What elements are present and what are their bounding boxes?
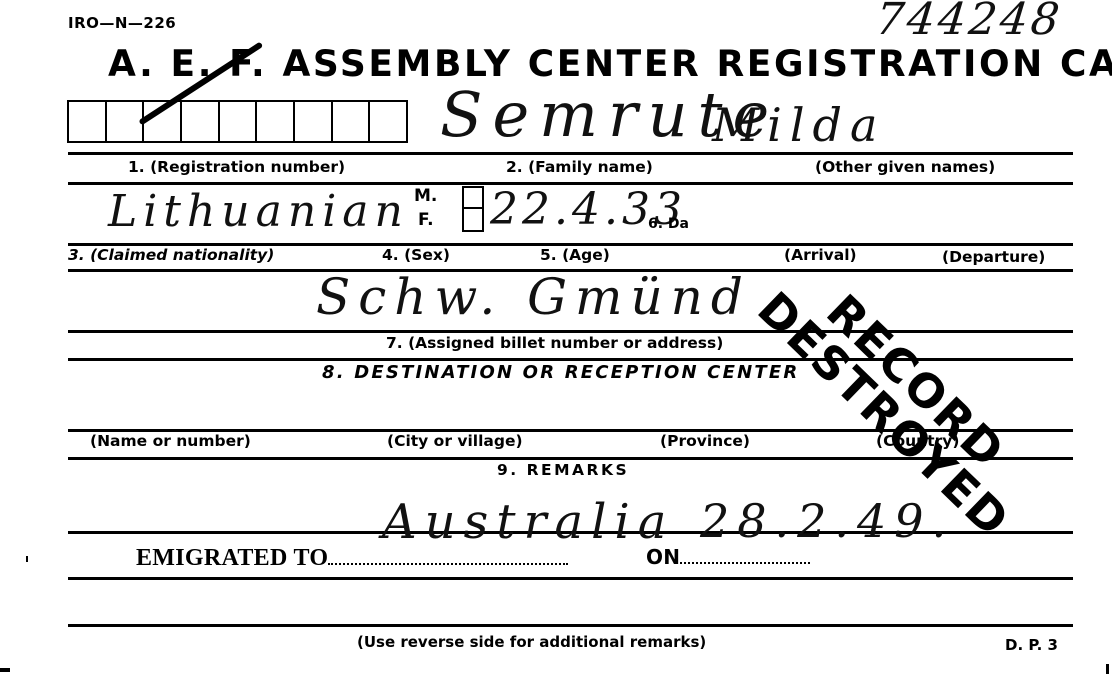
scan-artifact [1106, 664, 1109, 674]
family-name-label: 2. (Family name) [506, 158, 653, 176]
departure-label: (Departure) [942, 248, 1045, 266]
reg-cell [182, 102, 220, 141]
reg-cell [257, 102, 295, 141]
divider [68, 152, 1073, 155]
reg-cell [370, 102, 406, 141]
scan-artifact [0, 668, 10, 672]
billet-value: Schw. Gmünd [316, 268, 751, 326]
emigrated-to-text: EMIGRATED TO [136, 545, 328, 571]
remarks-heading: 9. REMARKS [497, 461, 629, 479]
divider [68, 577, 1073, 580]
divider [68, 624, 1073, 627]
registration-number-box [67, 100, 408, 143]
scan-artifact [26, 556, 28, 562]
destination-name-label: (Name or number) [90, 432, 251, 450]
sex-label: 4. (Sex) [382, 246, 450, 264]
destination-heading: 8. DESTINATION OR RECEPTION CENTER [322, 362, 799, 383]
destination-city-label: (City or village) [387, 432, 523, 450]
billet-label: 7. (Assigned billet number or address) [386, 334, 723, 352]
given-names-label: (Other given names) [815, 158, 995, 176]
sex-option-m: M. [414, 186, 437, 206]
on-dotted-line [680, 550, 810, 564]
emigration-date-value: 28.2.49. [700, 494, 954, 548]
given-names-value: Milda [712, 98, 885, 152]
form-footer-code: D. P. 3 [1005, 636, 1058, 654]
on-text: ON [646, 545, 680, 569]
age-label: 5. (Age) [540, 246, 610, 264]
nationality-label: 3. (Claimed nationality) [68, 246, 274, 264]
registration-number-label: 1. (Registration number) [128, 158, 345, 176]
sex-option-f: F. [418, 210, 434, 230]
reg-cell [333, 102, 371, 141]
on-label: ON [646, 545, 810, 569]
reg-cell [69, 102, 107, 141]
form-code: IRO—N—226 [68, 14, 176, 32]
emigrated-to-dotted-line [328, 549, 568, 565]
destination-province-label: (Province) [660, 432, 750, 450]
divider [68, 330, 1073, 333]
nationality-value: Lithuanian [108, 186, 409, 237]
reg-cell [220, 102, 258, 141]
sex-checkbox [462, 186, 484, 232]
dates-label-prefix: 6. Da [648, 216, 689, 232]
card-number: 744248 [873, 0, 1064, 45]
emigrated-to-value: Australia [382, 494, 674, 550]
reg-cell [295, 102, 333, 141]
footer-note: (Use reverse side for additional remarks… [357, 633, 706, 651]
